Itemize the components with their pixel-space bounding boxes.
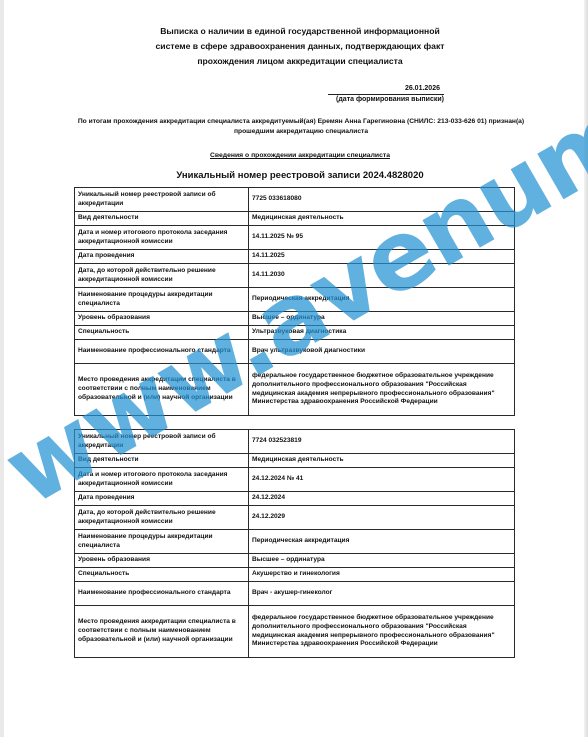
- scan-edge-left: [0, 0, 4, 737]
- field-label: Вид деятельности: [75, 454, 249, 468]
- table-row: Дата и номер итогового протокола заседан…: [75, 468, 515, 492]
- section-heading: Сведения о прохождении аккредитации спец…: [100, 152, 500, 159]
- table-row: Дата и номер итогового протокола заседан…: [75, 226, 515, 250]
- intro-text: По итогам прохождения аккредитации специ…: [62, 117, 540, 137]
- field-label: Место проведения аккредитации специалист…: [75, 606, 249, 658]
- field-label: Уровень образования: [75, 312, 249, 326]
- accreditation-record-table: Уникальный номер реестровой записи об ак…: [74, 429, 515, 658]
- field-value: федеральное государственное бюджетное об…: [249, 606, 515, 658]
- table-row: Наименование профессионального стандарта…: [75, 340, 515, 364]
- field-value: 24.12.2024 № 41: [249, 468, 515, 492]
- field-value: 14.11.2030: [249, 264, 515, 288]
- registry-heading: Уникальный номер реестровой записи 2024.…: [100, 170, 500, 181]
- field-value: Врач - акушер-гинеколог: [249, 582, 515, 606]
- field-value: Медицинская деятельность: [249, 212, 515, 226]
- field-label: Специальность: [75, 568, 249, 582]
- table-row: Дата проведения14.11.2025: [75, 250, 515, 264]
- field-value: 7724 032523819: [249, 430, 515, 454]
- field-label: Наименование процедуры аккредитации спец…: [75, 288, 249, 312]
- table-row: Уровень образованияВысшее – ординатура: [75, 312, 515, 326]
- title-line: системе в сфере здравоохранения данных, …: [100, 39, 500, 54]
- field-value: Периодическая аккредитация: [249, 288, 515, 312]
- field-value: федеральное государственное бюджетное об…: [249, 364, 515, 416]
- table-row: Вид деятельностиМедицинская деятельность: [75, 454, 515, 468]
- table-row: СпециальностьУльтразвуковая диагностика: [75, 326, 515, 340]
- document-page: Выписка о наличии в единой государственн…: [0, 0, 588, 737]
- table-row: Уникальный номер реестровой записи об ак…: [75, 430, 515, 454]
- field-label: Уникальный номер реестровой записи об ак…: [75, 430, 249, 454]
- table-row: Уровень образованияВысшее – ординатура: [75, 554, 515, 568]
- field-label: Дата проведения: [75, 492, 249, 506]
- field-value: 7725 033618080: [249, 188, 515, 212]
- field-label: Дата, до которой действительно решение а…: [75, 264, 249, 288]
- table-row: Дата, до которой действительно решение а…: [75, 264, 515, 288]
- field-value: Высшее – ординатура: [249, 554, 515, 568]
- table-row: Наименование профессионального стандарта…: [75, 582, 515, 606]
- title-line: прохождения лицом аккредитации специалис…: [100, 54, 500, 69]
- field-value: 24.12.2029: [249, 506, 515, 530]
- field-value: 14.11.2025: [249, 250, 515, 264]
- issue-date-caption: (дата формирования выписки): [328, 95, 444, 105]
- issue-date-block: 26.01.2026 (дата формирования выписки): [328, 84, 444, 105]
- field-label: Уровень образования: [75, 554, 249, 568]
- field-value: 14.11.2025 № 95: [249, 226, 515, 250]
- title-line: Выписка о наличии в единой государственн…: [100, 24, 500, 39]
- field-label: Дата проведения: [75, 250, 249, 264]
- field-label: Наименование процедуры аккредитации спец…: [75, 530, 249, 554]
- table-row: Дата, до которой действительно решение а…: [75, 506, 515, 530]
- field-label: Дата и номер итогового протокола заседан…: [75, 468, 249, 492]
- field-label: Уникальный номер реестровой записи об ак…: [75, 188, 249, 212]
- accreditation-record-table: Уникальный номер реестровой записи об ак…: [74, 187, 515, 416]
- table-row: Дата проведения24.12.2024: [75, 492, 515, 506]
- field-label: Специальность: [75, 326, 249, 340]
- field-value: 24.12.2024: [249, 492, 515, 506]
- field-value: Медицинская деятельность: [249, 454, 515, 468]
- field-value: Высшее – ординатура: [249, 312, 515, 326]
- table-row: Уникальный номер реестровой записи об ак…: [75, 188, 515, 212]
- issue-date: 26.01.2026: [328, 84, 444, 95]
- scan-edge-right: [584, 0, 588, 737]
- field-label: Наименование профессионального стандарта: [75, 582, 249, 606]
- table-row: Наименование процедуры аккредитации спец…: [75, 288, 515, 312]
- field-value: Ультразвуковая диагностика: [249, 326, 515, 340]
- field-label: Дата, до которой действительно решение а…: [75, 506, 249, 530]
- field-label: Место проведения аккредитации специалист…: [75, 364, 249, 416]
- field-label: Дата и номер итогового протокола заседан…: [75, 226, 249, 250]
- field-value: Акушерство и гинекология: [249, 568, 515, 582]
- field-value: Периодическая аккредитация: [249, 530, 515, 554]
- field-label: Вид деятельности: [75, 212, 249, 226]
- field-value: Врач ультразвуковой диагностики: [249, 340, 515, 364]
- table-row: Наименование процедуры аккредитации спец…: [75, 530, 515, 554]
- table-row: Место проведения аккредитации специалист…: [75, 606, 515, 658]
- document-title: Выписка о наличии в единой государственн…: [100, 24, 500, 69]
- table-row: СпециальностьАкушерство и гинекология: [75, 568, 515, 582]
- table-row: Вид деятельностиМедицинская деятельность: [75, 212, 515, 226]
- table-row: Место проведения аккредитации специалист…: [75, 364, 515, 416]
- field-label: Наименование профессионального стандарта: [75, 340, 249, 364]
